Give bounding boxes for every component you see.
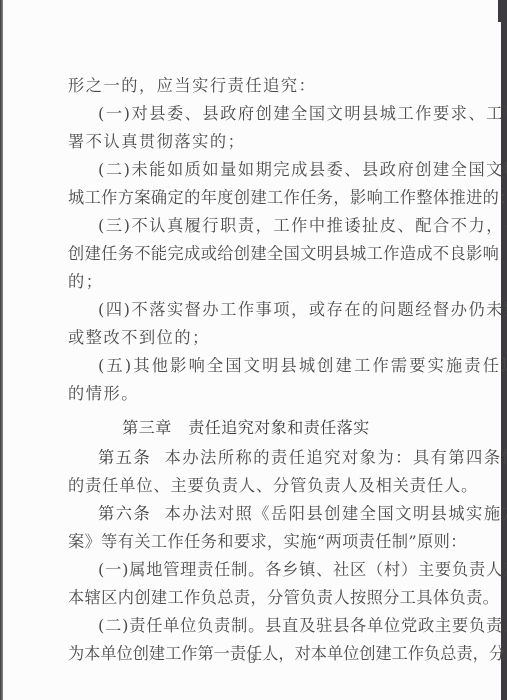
text-line: 形之一的，应当实行责任追究： bbox=[68, 72, 424, 100]
list-item-1: (一)对县委、县政府创建全国文明县城工作要求、工作部 bbox=[68, 100, 424, 128]
list-item-3: (三)不认真履行职责，工作中推诿扯皮、配合不力，导致 bbox=[68, 212, 424, 240]
text-line: 或整改不到位的； bbox=[68, 324, 424, 352]
list-item-4: (四)不落实督办工作事项，或存在的问题经督办仍未整改 bbox=[68, 296, 424, 324]
scan-edge-left bbox=[0, 0, 3, 700]
text-line: 案》等有关工作任务和要求，实施“两项责任制”原则： bbox=[68, 528, 424, 556]
text-line: 的； bbox=[68, 268, 424, 296]
page-number: - 3 - bbox=[0, 652, 507, 667]
article-6: 第六条 本办法对照《岳阳县创建全国文明县城实施方 bbox=[68, 500, 424, 528]
article-label: 第五条 bbox=[98, 448, 151, 467]
article-label: 第六条 bbox=[98, 504, 151, 523]
scan-edge-right-top bbox=[498, 0, 507, 22]
text-line: 的情形。 bbox=[68, 380, 424, 408]
list-item-2: (二)未能如质如量如期完成县委、县政府创建全国文明县 bbox=[68, 156, 424, 184]
document-page: 形之一的，应当实行责任追究： (一)对县委、县政府创建全国文明县城工作要求、工作… bbox=[68, 72, 424, 668]
text-line: 署不认真贯彻落实的； bbox=[68, 128, 424, 156]
list-item-2: (二)责任单位负责制。县直及驻县各单位党政主要负责人 bbox=[68, 612, 424, 640]
list-item-1: (一)属地管理责任制。各乡镇、社区（村）主要负责人对 bbox=[68, 556, 424, 584]
text-line: 本辖区内创建工作负总责，分管负责人按照分工具体负责。 bbox=[68, 584, 424, 612]
list-item-5: (五)其他影响全国文明县城创建工作需要实施责任追究 bbox=[68, 352, 424, 380]
text-line: 城工作方案确定的年度创建工作任务，影响工作整体推进的； bbox=[68, 184, 424, 212]
text-line: 创建任务不能完成或给创建全国文明县城工作造成不良影响 bbox=[68, 240, 424, 268]
article-text: 本办法所称的责任追究对象为：具有第四条情形 bbox=[165, 448, 507, 467]
text-line: 的责任单位、主要负责人、分管负责人及相关责任人。 bbox=[68, 472, 424, 500]
article-5: 第五条 本办法所称的责任追究对象为：具有第四条情形 bbox=[68, 444, 424, 472]
chapter-heading: 第三章 责任追究对象和责任落实 bbox=[68, 412, 424, 444]
article-text: 本办法对照《岳阳县创建全国文明县城实施方 bbox=[165, 504, 507, 523]
